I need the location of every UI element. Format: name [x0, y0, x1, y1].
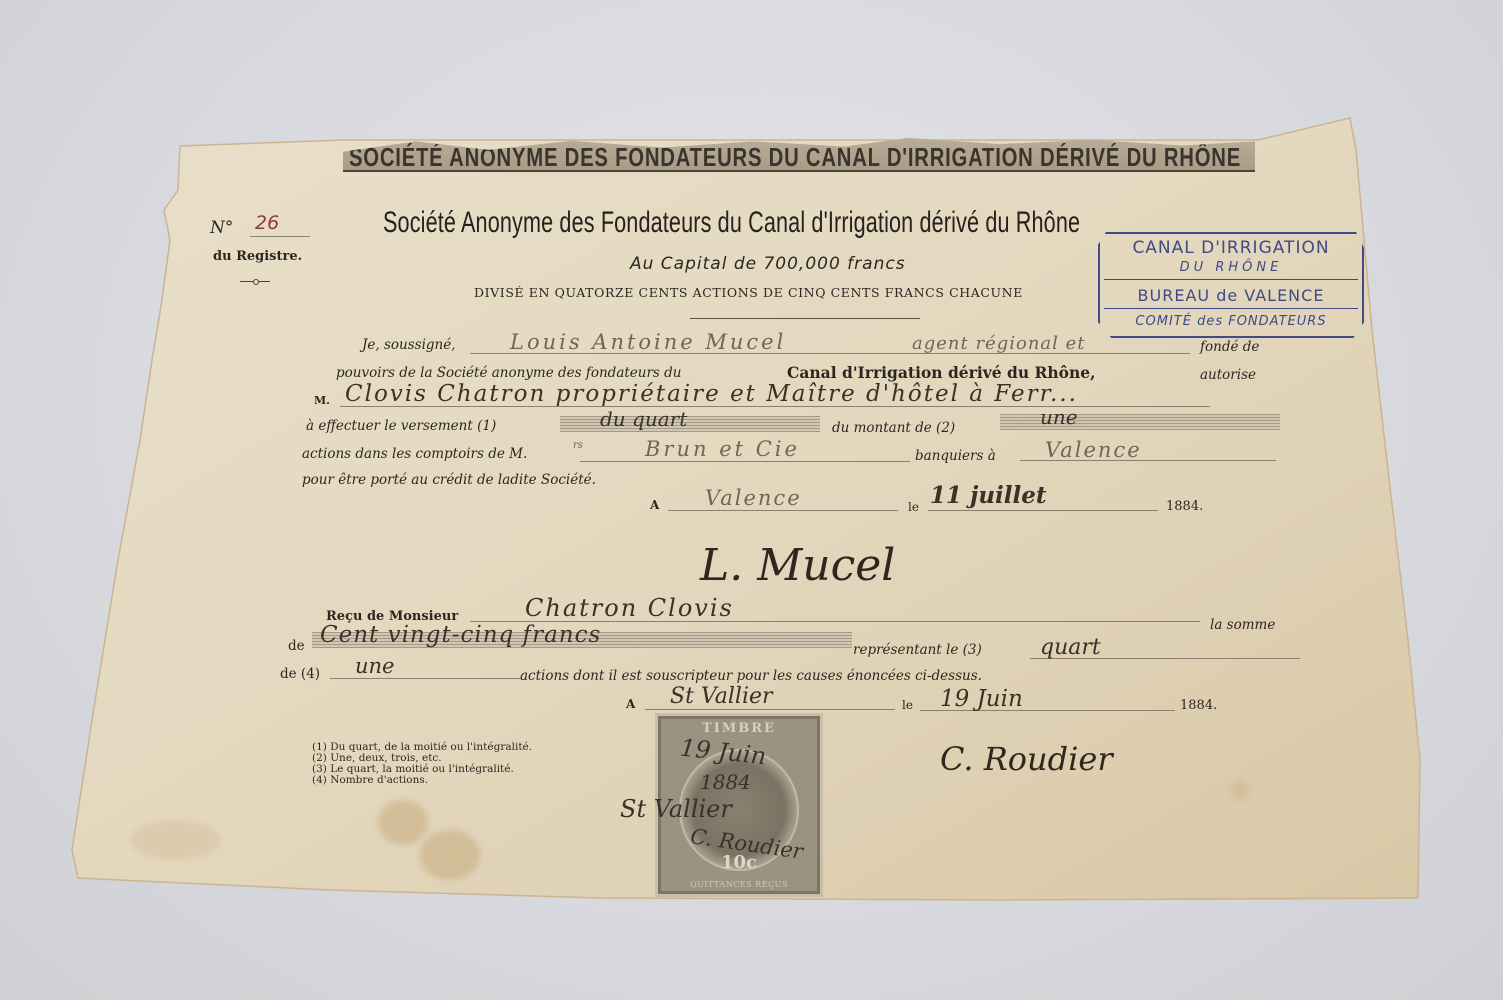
signatory-role: agent régional et — [912, 333, 1086, 354]
actions-value: une — [355, 654, 394, 678]
pouvoirs-text: pouvoirs de la Société anonyme des fonda… — [336, 365, 682, 381]
footnotes: (1) Du quart, de la moitié ou l'intégral… — [312, 742, 532, 786]
revenue-stamp-footer: QUITTANCES REÇUS — [661, 880, 817, 889]
bank-name: Brun et Cie — [645, 437, 800, 461]
amount-value: Cent vingt-cinq francs — [320, 622, 601, 648]
place-label-1: A — [650, 498, 659, 512]
de-label: de — [288, 638, 305, 654]
montant-label: du montant de (2) — [832, 420, 955, 436]
stamp-line-2: DU RHÔNE — [1100, 260, 1362, 275]
m-label: M. — [314, 394, 330, 407]
montant-value: une — [1040, 405, 1078, 429]
signatory-name: Louis Antoine Mucel — [510, 330, 786, 354]
header-separator — [690, 318, 920, 319]
comptoirs-suffix: rs — [573, 440, 583, 451]
autorise-label: autorise — [1200, 367, 1256, 383]
date-value-2: 19 Juin — [940, 686, 1023, 712]
fonde-label: fondé de — [1200, 339, 1259, 355]
de4-label: de (4) — [280, 666, 320, 682]
place-value-1: Valence — [705, 486, 802, 510]
stamp-line-1: CANAL D'IRRIGATION — [1100, 238, 1362, 258]
register-label: du Registre. — [213, 249, 302, 264]
authorized-person: Clovis Chatron propriétaire et Maître d'… — [345, 381, 1078, 407]
year-1: 1884. — [1166, 499, 1203, 514]
banquiers-label: banquiers à — [915, 448, 996, 464]
date-label-1: le — [908, 500, 919, 514]
document-title: Société Anonyme des Fondateurs du Canal … — [383, 206, 1080, 240]
register-number-line — [250, 236, 310, 237]
place-value-2: St Vallier — [670, 684, 773, 709]
register-number-value: 26 — [255, 212, 279, 234]
representant-value: quart — [1040, 635, 1101, 660]
actions-text: actions dont il est souscripteur pour le… — [520, 668, 982, 684]
payer-name: Chatron Clovis — [525, 594, 734, 622]
versement-hatch — [560, 416, 820, 432]
soussigne-label: Je, soussigné, — [362, 337, 456, 353]
year-2: 1884. — [1180, 698, 1217, 713]
stamp-cancel-year: 1884 — [700, 770, 751, 794]
stamp-line-3: BUREAU de VALENCE — [1100, 286, 1362, 305]
bank-city: Valence — [1045, 438, 1142, 462]
company-name-bold: Canal d'Irrigation dérivé du Rhône, — [787, 363, 1096, 382]
register-number-label: N° — [210, 218, 233, 238]
footnote-4: (4) Nombre d'actions. — [312, 775, 532, 786]
date-label-2: le — [902, 698, 913, 712]
representant-label: représentant le (3) — [853, 642, 982, 658]
ornament-divider — [240, 281, 270, 282]
signature-roudier: C. Roudier — [940, 740, 1113, 778]
stamp-cancel-place: St Vallier — [620, 795, 732, 823]
share-division-line: DIVISÉ EN QUATORZE CENTS ACTIONS DE CINQ… — [474, 285, 1023, 300]
signature-mucel: L. Mucel — [700, 540, 895, 591]
document-photo: SOCIÉTÉ ANONYME DES FONDATEURS DU CANAL … — [0, 0, 1503, 1000]
comptoirs-label: actions dans les comptoirs de M. — [302, 446, 527, 462]
date-value-1: 11 juillet — [930, 482, 1047, 509]
place-label-2: A — [626, 697, 635, 711]
capital-line: Au Capital de 700,000 francs — [630, 254, 906, 274]
versement-value: du quart — [600, 407, 687, 431]
ink-stamp-bureau-valence: CANAL D'IRRIGATION DU RHÔNE BUREAU de VA… — [1098, 232, 1364, 338]
versement-label: à effectuer le versement (1) — [306, 418, 496, 434]
credit-text: pour être porté au crédit de ladite Soci… — [302, 472, 596, 488]
stamp-line-4: COMITÉ des FONDATEURS — [1100, 314, 1362, 329]
somme-label: la somme — [1210, 617, 1275, 633]
